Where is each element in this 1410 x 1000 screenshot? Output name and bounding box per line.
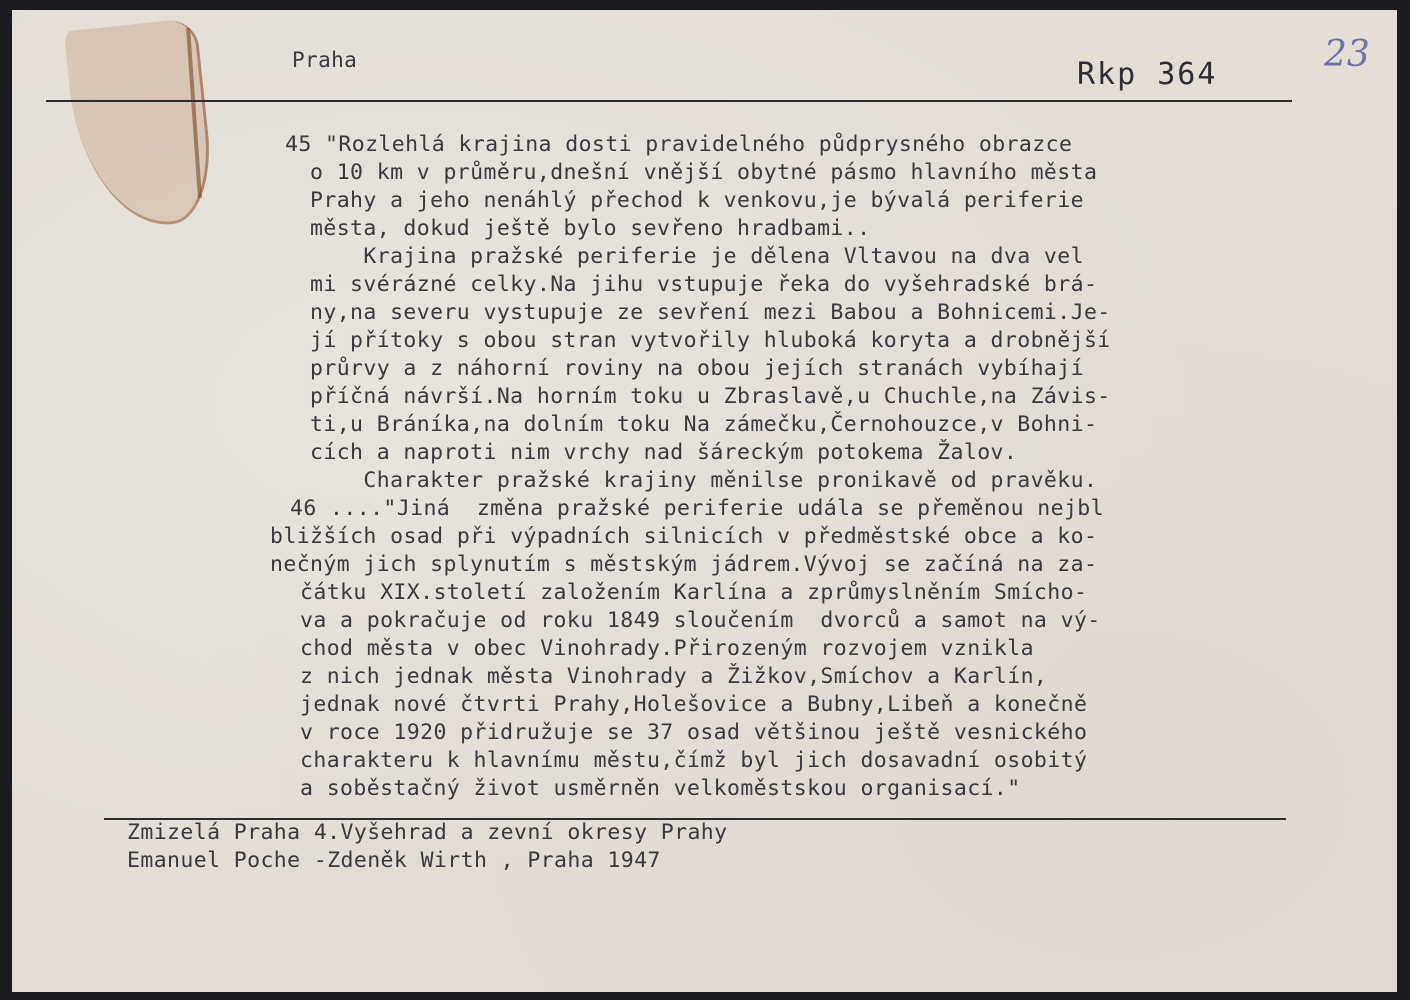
text-line: v roce 1920 přidružuje se 37 osad většin… bbox=[300, 722, 1087, 744]
text-line: chod města v obec Vinohrady.Přirozeným r… bbox=[300, 638, 1034, 660]
header-rule bbox=[46, 100, 1292, 102]
place-heading: Praha bbox=[292, 50, 357, 71]
text-line: ti,u Bráníka,na dolním toku Na zámečku,Č… bbox=[310, 414, 1097, 436]
manuscript-signature: Rkp 364 bbox=[1077, 60, 1217, 90]
text-line: 45 "Rozlehlá krajina dosti pravidelného … bbox=[285, 134, 1072, 156]
text-line: bližších osad při výpadních silnicích v … bbox=[270, 526, 1097, 548]
text-line: jí přítoky s obou stran vytvořily hlubok… bbox=[310, 330, 1111, 352]
catalog-card: Praha Rkp 364 23 45 "Rozlehlá krajina do… bbox=[12, 10, 1397, 992]
source-title: Zmizelá Praha 4.Vyšehrad a zevní okresy … bbox=[127, 822, 727, 844]
text-line: charakteru k hlavnímu městu,čímž byl jic… bbox=[300, 750, 1087, 772]
text-line: 46 ...."Jiná změna pražské periferie udá… bbox=[290, 498, 1104, 520]
text-line: příčná návrší.Na horním toku u Zbraslavě… bbox=[310, 386, 1111, 408]
text-line: města, dokud ještě bylo sevřeno hradbami… bbox=[310, 218, 870, 240]
text-line: nečným jich splynutím s městským jádrem.… bbox=[270, 554, 1097, 576]
text-line: Charakter pražské krajiny měnilse pronik… bbox=[310, 470, 1097, 492]
text-line: ny,na severu vystupuje ze sevření mezi B… bbox=[310, 302, 1111, 324]
text-line: průrvy a z náhorní roviny na obou jejích… bbox=[310, 358, 1084, 380]
source-authors: Emanuel Poche -Zdeněk Wirth , Praha 1947 bbox=[127, 850, 661, 872]
text-line: z nich jednak města Vinohrady a Žižkov,S… bbox=[300, 666, 1047, 688]
text-line: va a pokračuje od roku 1849 sloučením dv… bbox=[300, 610, 1101, 632]
text-line: Prahy a jeho nenáhlý přechod k venkovu,j… bbox=[310, 190, 1084, 212]
text-line: o 10 km v průměru,dnešní vnější obytné p… bbox=[310, 162, 1097, 184]
text-line: mi svérázné celky.Na jihu vstupuje řeka … bbox=[310, 274, 1097, 296]
text-line: cích a naproti nim vrchy nad šáreckým po… bbox=[310, 442, 1017, 464]
text-line: čátku XIX.století založením Karlína a zp… bbox=[300, 582, 1087, 604]
text-line: jednak nové čtvrti Prahy,Holešovice a Bu… bbox=[300, 694, 1087, 716]
text-line: Krajina pražské periferie je dělena Vlta… bbox=[310, 246, 1084, 268]
folio-number: 23 bbox=[1324, 34, 1370, 75]
text-line: a soběstačný život usměrněn velkoměstsko… bbox=[300, 778, 1021, 800]
